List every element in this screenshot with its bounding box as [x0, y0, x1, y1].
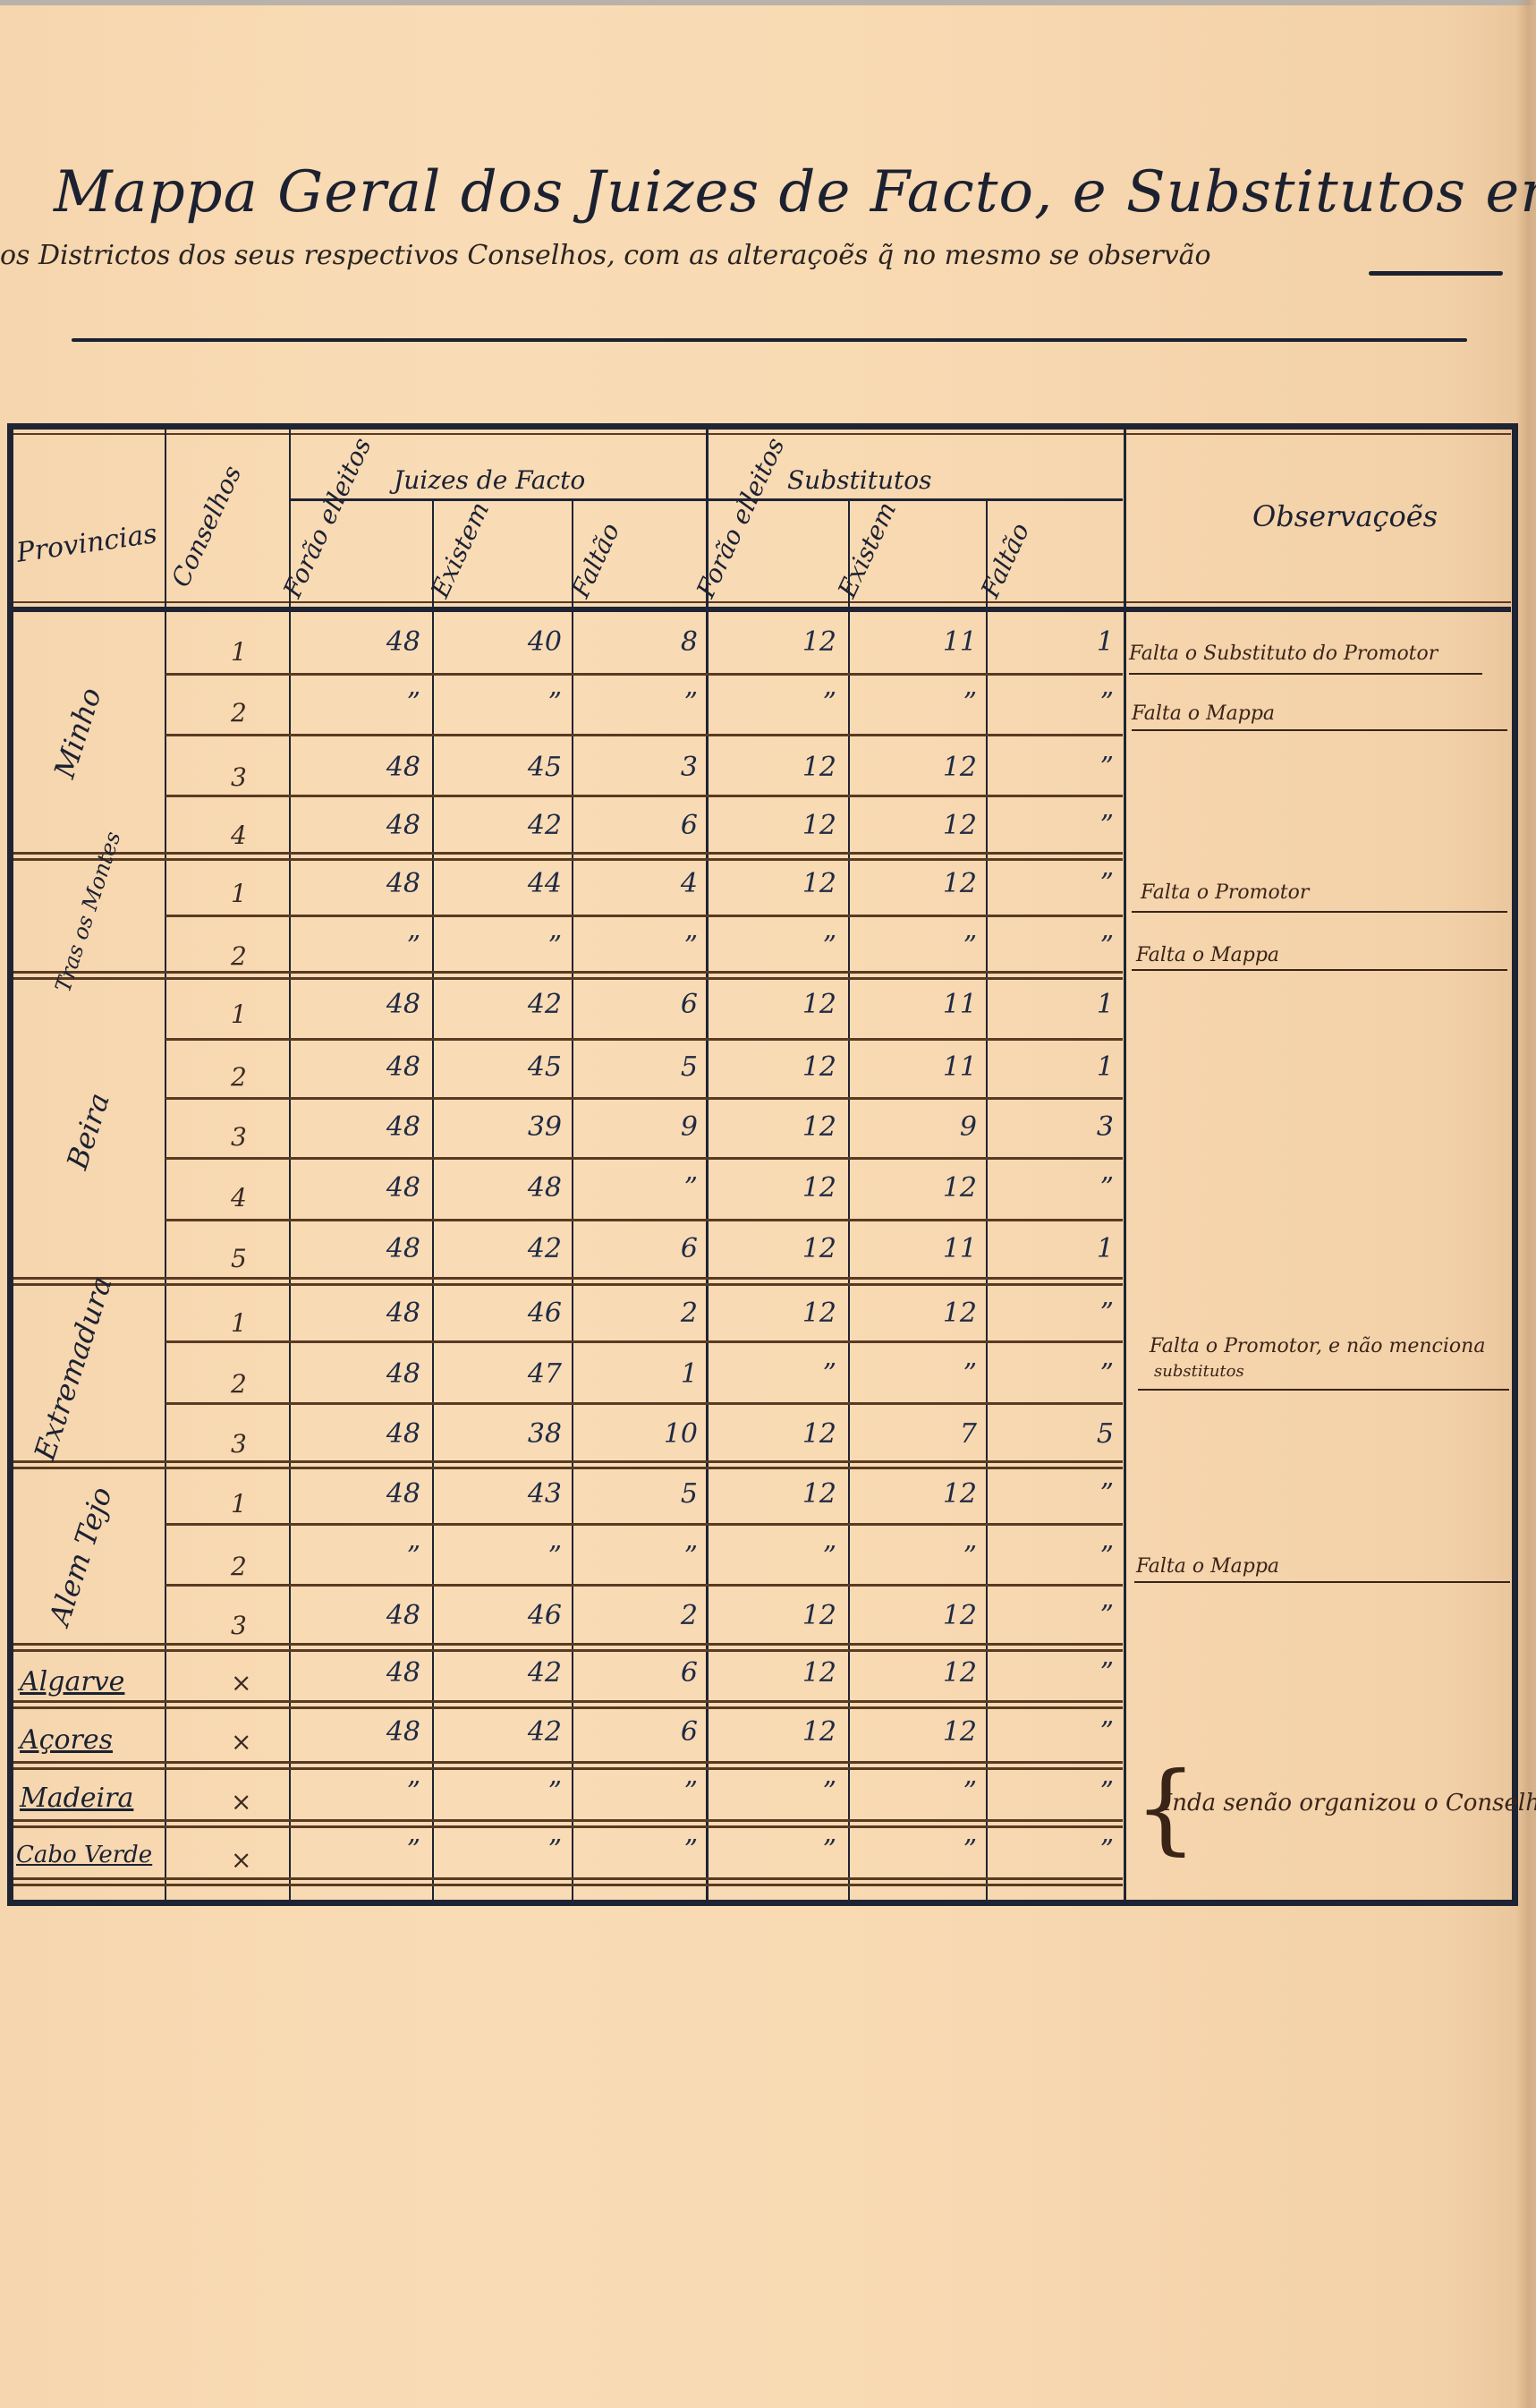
cell-jf-existem: 47 — [454, 1358, 562, 1390]
observation-extremadura-2: substitutos — [1154, 1362, 1244, 1381]
cell-sub-eleitos: 12 — [729, 1172, 836, 1204]
cell-sub-eleitos: 12 — [729, 1051, 836, 1083]
cell-jf-faltao: 9 — [590, 1111, 698, 1143]
cell-jf-existem: ” — [454, 1541, 562, 1572]
observation-rule — [1138, 1389, 1509, 1391]
row-rule — [165, 795, 1123, 797]
row-rule — [165, 1340, 1123, 1343]
cell-sub-eleitos: 12 — [729, 1600, 836, 1631]
cell-sub-existem: 7 — [870, 1418, 977, 1450]
cell-jf-eleitos: 48 — [313, 1600, 420, 1631]
observation-rule — [1134, 1581, 1510, 1583]
cell-jf-faltao: ” — [590, 1172, 698, 1204]
cell-jf-existem: ” — [454, 1776, 562, 1808]
cell-jf-faltao: 1 — [590, 1358, 698, 1390]
cell-jf-existem: 40 — [454, 626, 562, 658]
cell-jf-eleitos: 48 — [313, 868, 420, 899]
cell-jf-eleitos: ” — [313, 687, 420, 719]
province-label-madeira: Madeira — [20, 1783, 133, 1814]
cell-conselho: 2 — [231, 1062, 247, 1092]
col-divider-provincias — [165, 430, 166, 1900]
cell-jf-faltao: ” — [590, 1834, 698, 1866]
cell-jf-eleitos: ” — [313, 931, 420, 962]
cell-jf-eleitos: 48 — [313, 989, 420, 1020]
cell-sub-eleitos: ” — [729, 931, 836, 962]
cell-jf-eleitos: 48 — [313, 1418, 420, 1450]
cell-sub-faltao: ” — [1006, 1172, 1114, 1204]
cell-jf-eleitos: 48 — [313, 752, 420, 783]
cell-conselho: 3 — [231, 1122, 247, 1152]
cell-sub-existem: 11 — [870, 1051, 977, 1083]
province-rule-tras — [13, 971, 1123, 980]
cell-jf-eleitos: 48 — [313, 1111, 420, 1143]
cell-conselho: 1 — [231, 879, 247, 908]
cell-sub-existem: 12 — [870, 1600, 977, 1631]
cell-sub-existem: 12 — [870, 1298, 977, 1329]
cell-jf-faltao: 2 — [590, 1600, 698, 1631]
province-label-cabo-verde: Cabo Verde — [16, 1842, 152, 1868]
cell-jf-faltao: 5 — [590, 1051, 698, 1083]
cell-sub-faltao: 1 — [1006, 1233, 1114, 1264]
cell-conselho: 1 — [231, 1308, 247, 1338]
cell-sub-existem: 12 — [870, 752, 977, 783]
cell-conselho: 2 — [231, 698, 247, 728]
cell-sub-eleitos: ” — [729, 1541, 836, 1572]
cell-jf-eleitos: 48 — [313, 1716, 420, 1748]
row-rule — [165, 1219, 1123, 1221]
observation-extremadura-1: Falta o Promotor, e não menciona — [1150, 1335, 1485, 1357]
cell-sub-existem: ” — [870, 931, 977, 962]
header-observacoes: Observaçoẽs — [1252, 499, 1438, 533]
cell-sub-existem: 12 — [870, 810, 977, 841]
row-rule — [165, 1097, 1123, 1100]
cell-sub-existem: ” — [870, 1834, 977, 1866]
cell-sub-faltao: ” — [1006, 1600, 1114, 1631]
row-rule — [165, 1523, 1123, 1526]
cell-jf-eleitos: 48 — [313, 1478, 420, 1510]
document-title: Mappa Geral dos Juizes de Facto, e Subst… — [54, 159, 1536, 225]
cell-jf-eleitos: 48 — [313, 626, 420, 658]
cell-jf-existem: 38 — [454, 1418, 562, 1450]
cell-conselho: 2 — [231, 1369, 247, 1399]
cell-sub-faltao: ” — [1006, 687, 1114, 719]
cell-jf-existem: 45 — [454, 752, 562, 783]
cell-sub-eleitos: ” — [729, 1358, 836, 1390]
cell-jf-eleitos: 48 — [313, 1051, 420, 1083]
cell-jf-existem: 42 — [454, 1657, 562, 1689]
cell-jf-existem: ” — [454, 687, 562, 719]
row-rule — [165, 734, 1123, 736]
cell-sub-existem: 12 — [870, 1172, 977, 1204]
observation-rule — [1132, 969, 1507, 971]
cell-sub-eleitos: 12 — [729, 1716, 836, 1748]
cell-jf-faltao: 8 — [590, 626, 698, 658]
cell-sub-faltao: ” — [1006, 931, 1114, 962]
cell-jf-eleitos: 48 — [313, 1358, 420, 1390]
province-rule-beira — [13, 1277, 1123, 1286]
cell-jf-existem: ” — [454, 931, 562, 962]
province-rule-caboverde — [13, 1877, 1123, 1886]
cell-jf-existem: 42 — [454, 1233, 562, 1264]
cell-sub-faltao: ” — [1006, 1541, 1114, 1572]
cell-sub-faltao: ” — [1006, 1298, 1114, 1329]
cell-sub-faltao: 3 — [1006, 1111, 1114, 1143]
header-juizes-de-facto: Juizes de Facto — [394, 465, 585, 495]
cell-sub-faltao: 1 — [1006, 626, 1114, 658]
row-rule — [165, 915, 1123, 917]
cell-sub-faltao: 5 — [1006, 1418, 1114, 1450]
col-divider-jf-eleitos — [432, 499, 434, 1900]
cell-sub-eleitos: ” — [729, 1834, 836, 1866]
cell-jf-existem: 44 — [454, 868, 562, 899]
cell-conselho: 1 — [231, 1000, 247, 1029]
cell-jf-faltao: ” — [590, 687, 698, 719]
observation-minho-2: Falta o Mappa — [1132, 702, 1275, 725]
cell-sub-faltao: ” — [1006, 752, 1114, 783]
cell-jf-existem: 43 — [454, 1478, 562, 1510]
cell-sub-faltao: 1 — [1006, 989, 1114, 1020]
cell-conselho: × — [231, 1787, 251, 1817]
col-divider-conselhos — [289, 430, 291, 1900]
cell-sub-eleitos: 12 — [729, 810, 836, 841]
col-divider-jf-existem — [572, 499, 573, 1900]
col-divider-jf-faltao — [706, 430, 709, 1900]
cell-sub-faltao: ” — [1006, 868, 1114, 899]
cell-sub-existem: 9 — [870, 1111, 977, 1143]
cell-jf-eleitos: 48 — [313, 1233, 420, 1264]
cell-sub-eleitos: 12 — [729, 752, 836, 783]
cell-sub-eleitos: 12 — [729, 1418, 836, 1450]
cell-sub-faltao: ” — [1006, 1657, 1114, 1689]
cell-jf-faltao: ” — [590, 931, 698, 962]
observation-rule — [1132, 729, 1507, 731]
cell-conselho: × — [231, 1845, 251, 1875]
title-flourish-dash — [1369, 271, 1503, 276]
cell-sub-eleitos: 12 — [729, 1111, 836, 1143]
province-rule-extremadura — [13, 1460, 1123, 1469]
cell-jf-faltao: 5 — [590, 1478, 698, 1510]
cell-sub-existem: ” — [870, 1776, 977, 1808]
cell-jf-faltao: 3 — [590, 752, 698, 783]
cell-sub-eleitos: 12 — [729, 1298, 836, 1329]
cell-jf-existem: 39 — [454, 1111, 562, 1143]
cell-sub-faltao: ” — [1006, 810, 1114, 841]
cell-conselho: 5 — [231, 1244, 247, 1273]
cell-jf-eleitos: ” — [313, 1541, 420, 1572]
col-divider-sub-eleitos — [848, 499, 850, 1900]
cell-conselho: 3 — [231, 1429, 247, 1459]
cell-jf-faltao: 6 — [590, 810, 698, 841]
header-bottom-inner-rule — [13, 601, 1511, 603]
cell-sub-faltao: ” — [1006, 1478, 1114, 1510]
cell-jf-eleitos: ” — [313, 1834, 420, 1866]
cell-sub-eleitos: 12 — [729, 1233, 836, 1264]
cell-jf-faltao: 6 — [590, 989, 698, 1020]
cell-sub-faltao: ” — [1006, 1776, 1114, 1808]
cell-sub-eleitos: ” — [729, 687, 836, 719]
cell-jf-existem: 46 — [454, 1298, 562, 1329]
cell-jf-existem: 42 — [454, 989, 562, 1020]
observation-rule — [1129, 673, 1482, 675]
cell-sub-existem: 12 — [870, 1716, 977, 1748]
cell-sub-eleitos: 12 — [729, 1478, 836, 1510]
cell-jf-faltao: 6 — [590, 1657, 698, 1689]
paper-right-edge — [1516, 0, 1536, 2408]
observation-tras-1: Falta o Promotor — [1141, 881, 1309, 904]
cell-sub-existem: 11 — [870, 1233, 977, 1264]
cell-sub-existem: 11 — [870, 989, 977, 1020]
cell-jf-existem: 48 — [454, 1172, 562, 1204]
cell-sub-eleitos: 12 — [729, 1657, 836, 1689]
cell-jf-faltao: ” — [590, 1541, 698, 1572]
paper-top-edge — [0, 0, 1536, 5]
cell-jf-existem: 45 — [454, 1051, 562, 1083]
row-rule — [165, 673, 1123, 676]
cell-conselho: 2 — [231, 1552, 247, 1581]
cell-jf-eleitos: 48 — [313, 810, 420, 841]
title-rule — [72, 338, 1467, 342]
cell-sub-eleitos: 12 — [729, 989, 836, 1020]
province-rule-minho — [13, 852, 1123, 861]
cell-jf-faltao: 6 — [590, 1233, 698, 1264]
province-rule-acores — [13, 1761, 1123, 1770]
cell-conselho: × — [231, 1727, 251, 1757]
cell-sub-faltao: ” — [1006, 1834, 1114, 1866]
cell-jf-existem: ” — [454, 1834, 562, 1866]
cell-sub-eleitos: ” — [729, 1776, 836, 1808]
cell-jf-eleitos: 48 — [313, 1657, 420, 1689]
cell-conselho: × — [231, 1668, 251, 1698]
cell-sub-existem: ” — [870, 1358, 977, 1390]
cell-sub-existem: 11 — [870, 626, 977, 658]
observation-alemtejo-2: Falta o Mappa — [1136, 1555, 1279, 1578]
observation-tras-2: Falta o Mappa — [1136, 944, 1279, 966]
cell-jf-faltao: 4 — [590, 868, 698, 899]
cell-sub-existem: 12 — [870, 1478, 977, 1510]
cell-conselho: 1 — [231, 1489, 247, 1519]
observation-minho-1: Falta o Substituto do Promotor — [1129, 642, 1438, 665]
header-substitutos: Substitutos — [787, 465, 931, 495]
province-rule-alemtejo — [13, 1643, 1123, 1652]
cell-sub-faltao: ” — [1006, 1358, 1114, 1390]
cell-sub-faltao: ” — [1006, 1716, 1114, 1748]
cell-sub-existem: ” — [870, 1541, 977, 1572]
cell-jf-faltao: 10 — [590, 1418, 698, 1450]
cell-jf-faltao: 6 — [590, 1716, 698, 1748]
cell-conselho: 4 — [231, 821, 247, 850]
province-label-algarve: Algarve — [20, 1666, 124, 1698]
row-rule — [165, 1038, 1123, 1041]
cell-jf-existem: 42 — [454, 1716, 562, 1748]
row-rule — [165, 1157, 1123, 1160]
document-subtitle: os Districtos dos seus respectivos Conse… — [0, 240, 1211, 271]
observation-madeira-caboverde: Inda senão organizou o Conselho — [1163, 1790, 1536, 1817]
cell-sub-existem: 12 — [870, 1657, 977, 1689]
cell-jf-eleitos: 48 — [313, 1172, 420, 1204]
province-label-acores: Açores — [20, 1724, 113, 1756]
cell-conselho: 4 — [231, 1183, 247, 1213]
header-bottom-rule — [13, 607, 1511, 612]
cell-sub-existem: ” — [870, 687, 977, 719]
cell-conselho: 3 — [231, 762, 247, 792]
col-divider-sub-faltao — [1124, 430, 1126, 1900]
row-rule — [165, 1402, 1123, 1405]
cell-sub-faltao: 1 — [1006, 1051, 1114, 1083]
cell-sub-eleitos: 12 — [729, 626, 836, 658]
cell-conselho: 1 — [231, 637, 247, 667]
cell-jf-eleitos: ” — [313, 1776, 420, 1808]
cell-sub-existem: 12 — [870, 868, 977, 899]
province-rule-madeira — [13, 1819, 1123, 1828]
observation-rule — [1132, 911, 1507, 913]
row-rule — [165, 1584, 1123, 1587]
col-divider-sub-existem — [986, 499, 988, 1900]
cell-conselho: 3 — [231, 1611, 247, 1640]
cell-conselho: 2 — [231, 941, 247, 971]
cell-jf-eleitos: 48 — [313, 1298, 420, 1329]
cell-jf-faltao: 2 — [590, 1298, 698, 1329]
province-rule-algarve — [13, 1700, 1123, 1709]
cell-jf-faltao: ” — [590, 1776, 698, 1808]
cell-sub-eleitos: 12 — [729, 868, 836, 899]
cell-jf-existem: 42 — [454, 810, 562, 841]
cell-jf-existem: 46 — [454, 1600, 562, 1631]
